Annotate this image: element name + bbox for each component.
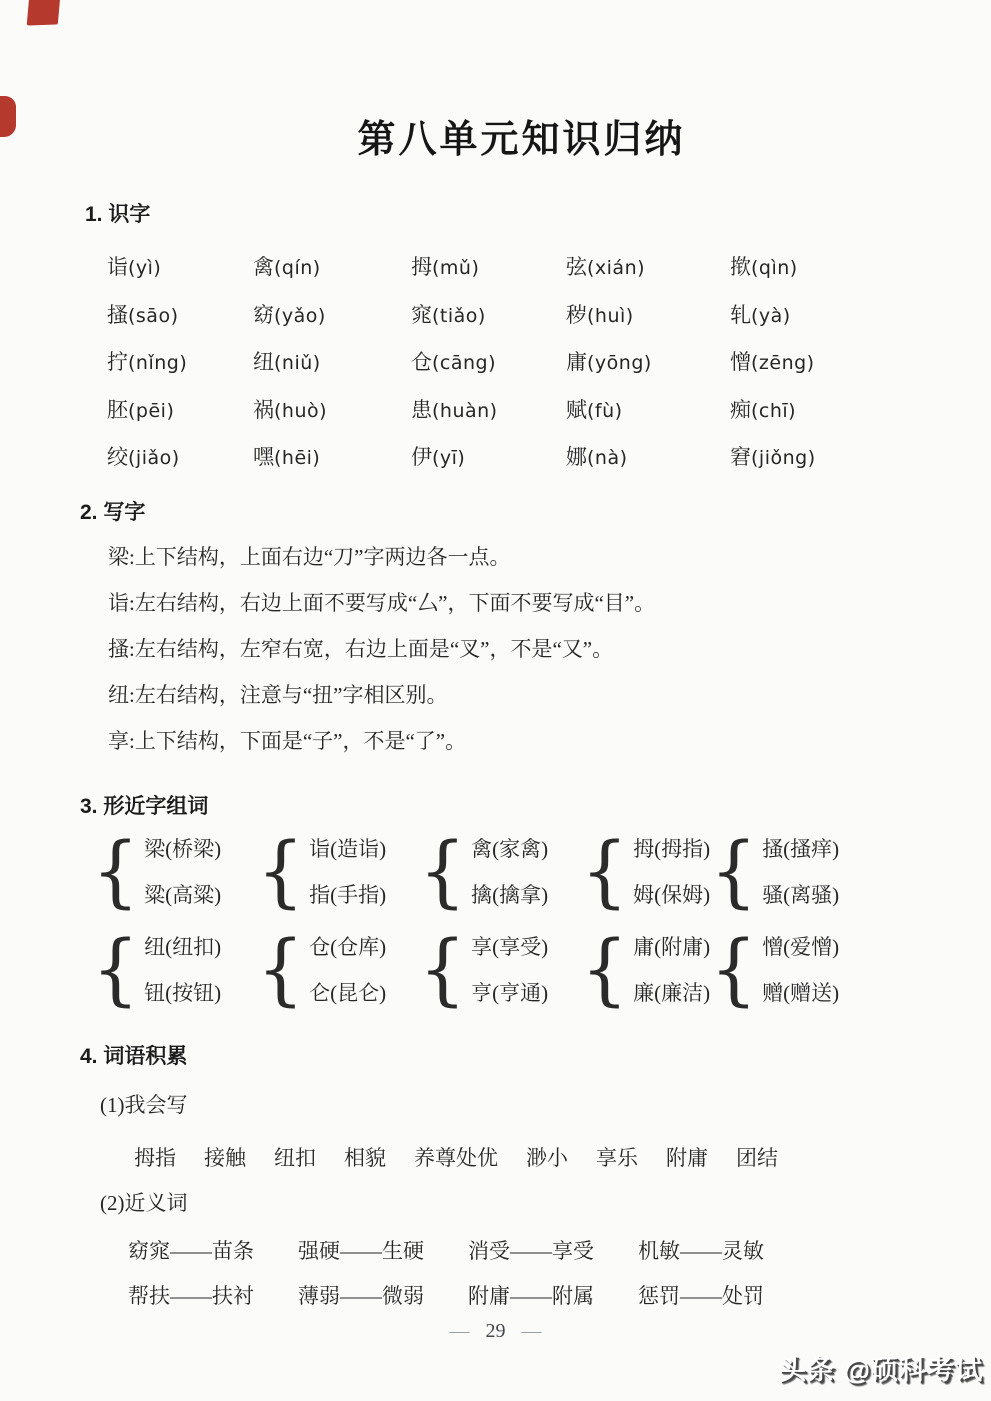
pinyin-text: (yōng): [587, 352, 652, 374]
hanzi-text: 赋: [566, 398, 587, 422]
vocab-word: 渺小: [526, 1142, 568, 1172]
pinyin-text: (niǔ): [274, 352, 321, 374]
hanzi-text: 祸: [253, 398, 274, 422]
hanzi-text: 嘿: [253, 445, 274, 469]
hanzi-text: 窈: [253, 303, 274, 327]
pinyin-text: (cāng): [432, 352, 496, 374]
similar-word-entries: 享(享受) 亨(亨通): [471, 936, 548, 1005]
watermark-text: 头条 @硕科考试: [779, 1348, 983, 1387]
page-number: 29: [486, 1320, 506, 1342]
brace-glyph: {: [581, 838, 628, 908]
similar-words-row-1: { 梁(桥梁) 粱(高粱) { 诣(造诣) 指(手指) { 禽(家禽) 擒(擒拿…: [92, 838, 839, 907]
vocab-word: 附庸: [666, 1142, 708, 1172]
pinyin-text: (hēi): [274, 447, 320, 469]
pinyin-text: (qín): [274, 257, 321, 279]
pinyin-text: (yà): [751, 305, 791, 327]
brace-glyph: {: [92, 936, 139, 1006]
literacy-item: 胚(pēi): [107, 394, 253, 442]
hanzi-text: 秽: [566, 303, 587, 327]
literacy-item: 庸(yōng): [566, 346, 730, 394]
similar-word-top: 仓(仓库): [309, 936, 386, 959]
vocab-sublabel-write: (1)我会写: [100, 1089, 188, 1119]
hanzi-text: 禽: [253, 255, 274, 279]
synonym-pair: 窈窕——苗条: [128, 1235, 254, 1265]
similar-word-entries: 纽(纽扣) 钮(按钮): [144, 936, 221, 1005]
vocab-word: 相貌: [344, 1142, 386, 1172]
writing-notes-list: 梁:上下结构，上面右边“刀”字两边各一点。诣:左右结构，右边上面不要写成“厶”，…: [108, 534, 655, 764]
similar-word-bottom: 赠(赠送): [762, 982, 839, 1005]
vocab-word: 拇指: [134, 1142, 176, 1172]
footer-left-dash: —: [450, 1320, 470, 1342]
literacy-item: 诣(yì): [107, 251, 253, 299]
pinyin-text: (xián): [587, 257, 645, 279]
vocab-word: 纽扣: [274, 1142, 316, 1172]
section-heading-literacy: 1. 识字: [85, 198, 150, 228]
synonym-pair: 消受——享受: [468, 1235, 594, 1265]
brace-glyph: {: [419, 936, 466, 1006]
vocab-word: 接触: [204, 1142, 246, 1172]
literacy-item: 拧(nǐng): [107, 346, 253, 394]
pinyin-text: (huàn): [432, 400, 498, 422]
literacy-item: 绞(jiǎo): [107, 441, 253, 489]
literacy-item: 窕(tiǎo): [411, 299, 566, 347]
similar-word-group: { 搔(搔痒) 骚(离骚): [710, 838, 839, 907]
literacy-item: 仓(cāng): [411, 346, 566, 394]
vocab-word: 团结: [736, 1142, 778, 1172]
hanzi-text: 胚: [107, 398, 128, 422]
brace-glyph: {: [92, 838, 139, 908]
similar-word-group: { 拇(拇指) 姆(保姆): [581, 838, 710, 907]
hanzi-text: 窕: [411, 303, 432, 327]
similar-word-group: { 梁(桥梁) 粱(高粱): [92, 838, 257, 907]
page-title: 第八单元知识归纳: [0, 108, 991, 163]
hanzi-text: 憎: [730, 350, 751, 374]
hanzi-text: 伊: [411, 445, 432, 469]
hanzi-text: 庸: [566, 350, 587, 374]
literacy-grid: 诣(yì)禽(qín)拇(mǔ)弦(xián)揿(qìn)搔(sāo)窈(yǎo…: [107, 251, 917, 489]
synonym-pair: 惩罚——处罚: [638, 1280, 764, 1310]
literacy-item: 轧(yà): [730, 299, 917, 347]
literacy-item: 伊(yī): [411, 441, 566, 489]
literacy-item: 弦(xián): [566, 251, 730, 299]
brace-glyph: {: [710, 936, 757, 1006]
similar-word-entries: 憎(爱憎) 赠(赠送): [762, 936, 839, 1005]
literacy-item: 娜(nà): [566, 441, 730, 489]
hanzi-text: 拧: [107, 350, 128, 374]
similar-word-top: 禽(家禽): [471, 838, 548, 861]
similar-word-group: { 纽(纽扣) 钮(按钮): [92, 936, 257, 1005]
literacy-item: 痴(chī): [730, 394, 917, 442]
synonym-pair: 帮扶——扶衬: [128, 1280, 254, 1310]
similar-word-bottom: 指(手指): [309, 884, 386, 907]
brace-glyph: {: [257, 838, 304, 908]
synonym-pair: 附庸——附属: [468, 1280, 594, 1310]
literacy-item: 赋(fù): [566, 394, 730, 442]
similar-word-group: { 诣(造诣) 指(手指): [257, 838, 419, 907]
similar-word-top: 憎(爱憎): [762, 936, 839, 959]
similar-word-top: 搔(搔痒): [762, 838, 839, 861]
similar-word-top: 享(享受): [471, 936, 548, 959]
similar-word-entries: 诣(造诣) 指(手指): [309, 838, 386, 907]
similar-word-entries: 仓(仓库) 仑(昆仑): [309, 936, 386, 1005]
similar-word-group: { 享(享受) 亨(亨通): [419, 936, 581, 1005]
literacy-item: 憎(zēng): [730, 346, 917, 394]
worksheet-page: 第八单元知识归纳 1. 识字 诣(yì)禽(qín)拇(mǔ)弦(xián)揿(…: [0, 0, 991, 1401]
hanzi-text: 绞: [107, 445, 128, 469]
similar-word-bottom: 骚(离骚): [762, 884, 839, 907]
pinyin-text: (nǐng): [128, 352, 187, 374]
section-heading-similar-words: 3. 形近字组词: [80, 790, 208, 820]
similar-word-entries: 禽(家禽) 擒(擒拿): [471, 838, 548, 907]
pinyin-text: (chī): [751, 400, 796, 422]
similar-word-top: 纽(纽扣): [144, 936, 221, 959]
hanzi-text: 娜: [566, 445, 587, 469]
pinyin-text: (yī): [432, 447, 465, 469]
similar-word-bottom: 亨(亨通): [471, 982, 548, 1005]
brace-glyph: {: [419, 838, 466, 908]
similar-word-entries: 梁(桥梁) 粱(高粱): [144, 838, 221, 907]
similar-word-bottom: 仑(昆仑): [309, 982, 386, 1005]
hanzi-text: 揿: [730, 255, 751, 279]
synonym-pair: 薄弱——微弱: [298, 1280, 424, 1310]
similar-word-bottom: 姆(保姆): [633, 884, 710, 907]
vocab-words-list: 拇指接触纽扣相貌养尊处优渺小享乐附庸团结: [134, 1142, 778, 1172]
hanzi-text: 搔: [107, 303, 128, 327]
hanzi-text: 仓: [411, 350, 432, 374]
literacy-item: 祸(huò): [253, 394, 411, 442]
section-heading-vocab: 4. 词语积累: [80, 1040, 187, 1070]
similar-word-top: 梁(桥梁): [144, 838, 221, 861]
pinyin-text: (nà): [587, 447, 628, 469]
similar-word-entries: 搔(搔痒) 骚(离骚): [762, 838, 839, 907]
red-corner-mark: [27, 0, 61, 26]
hanzi-text: 痴: [730, 398, 751, 422]
pinyin-text: (zēng): [751, 352, 815, 374]
synonyms-row-2: 帮扶——扶衬薄弱——微弱附庸——附属惩罚——处罚: [128, 1280, 764, 1310]
pinyin-text: (jiǎo): [128, 447, 180, 469]
hanzi-text: 患: [411, 398, 432, 422]
writing-note-line: 梁:上下结构，上面右边“刀”字两边各一点。: [108, 534, 655, 580]
literacy-item: 搔(sāo): [107, 299, 253, 347]
literacy-item: 患(huàn): [411, 394, 566, 442]
hanzi-text: 轧: [730, 303, 751, 327]
hanzi-text: 诣: [107, 255, 128, 279]
literacy-item: 窘(jiǒng): [730, 441, 917, 489]
hanzi-text: 纽: [253, 350, 274, 374]
similar-word-group: { 禽(家禽) 擒(擒拿): [419, 838, 581, 907]
page-footer: —29—: [0, 1320, 991, 1343]
similar-word-top: 诣(造诣): [309, 838, 386, 861]
pinyin-text: (fù): [587, 400, 623, 422]
similar-word-top: 庸(附庸): [633, 936, 710, 959]
literacy-item: 嘿(hēi): [253, 441, 411, 489]
literacy-item: 秽(huì): [566, 299, 730, 347]
pinyin-text: (pēi): [128, 400, 174, 422]
writing-note-line: 搔:左右结构，左窄右宽，右边上面是“叉”，不是“又”。: [108, 626, 655, 672]
writing-note-line: 诣:左右结构，右边上面不要写成“厶”，下面不要写成“目”。: [108, 580, 655, 626]
literacy-item: 拇(mǔ): [411, 251, 566, 299]
hanzi-text: 弦: [566, 255, 587, 279]
pinyin-text: (yǎo): [274, 305, 326, 327]
brace-glyph: {: [710, 838, 757, 908]
literacy-item: 纽(niǔ): [253, 346, 411, 394]
pinyin-text: (huì): [587, 305, 634, 327]
footer-right-dash: —: [522, 1320, 542, 1342]
similar-word-bottom: 粱(高粱): [144, 884, 221, 907]
similar-word-bottom: 钮(按钮): [144, 982, 221, 1005]
writing-note-line: 享:上下结构，下面是“子”，不是“了”。: [108, 718, 655, 764]
literacy-item: 窈(yǎo): [253, 299, 411, 347]
hanzi-text: 拇: [411, 255, 432, 279]
synonym-pair: 机敏——灵敏: [638, 1235, 764, 1265]
pinyin-text: (huò): [274, 400, 327, 422]
pinyin-text: (qìn): [751, 257, 798, 279]
synonyms-row-1: 窈窕——苗条强硬——生硬消受——享受机敏——灵敏: [128, 1235, 764, 1265]
similar-word-entries: 拇(拇指) 姆(保姆): [633, 838, 710, 907]
pinyin-text: (jiǒng): [751, 447, 816, 469]
vocab-sublabel-synonyms: (2)近义词: [100, 1187, 188, 1217]
pinyin-text: (sāo): [128, 305, 179, 327]
literacy-item: 揿(qìn): [730, 251, 917, 299]
similar-word-top: 拇(拇指): [633, 838, 710, 861]
brace-glyph: {: [581, 936, 628, 1006]
similar-word-entries: 庸(附庸) 廉(廉洁): [633, 936, 710, 1005]
vocab-word: 享乐: [596, 1142, 638, 1172]
similar-word-group: { 庸(附庸) 廉(廉洁): [581, 936, 710, 1005]
similar-word-group: { 憎(爱憎) 赠(赠送): [710, 936, 839, 1005]
similar-word-bottom: 擒(擒拿): [471, 884, 548, 907]
similar-words-row-2: { 纽(纽扣) 钮(按钮) { 仓(仓库) 仑(昆仑) { 享(享受) 亨(亨通…: [92, 936, 839, 1005]
pinyin-text: (mǔ): [432, 257, 479, 279]
hanzi-text: 窘: [730, 445, 751, 469]
section-heading-writing: 2. 写字: [80, 496, 145, 526]
similar-word-group: { 仓(仓库) 仑(昆仑): [257, 936, 419, 1005]
similar-word-bottom: 廉(廉洁): [633, 982, 710, 1005]
vocab-word: 养尊处优: [414, 1142, 498, 1172]
brace-glyph: {: [257, 936, 304, 1006]
literacy-item: 禽(qín): [253, 251, 411, 299]
pinyin-text: (tiǎo): [432, 305, 486, 327]
pinyin-text: (yì): [128, 257, 161, 279]
writing-note-line: 纽:左右结构，注意与“扭”字相区别。: [108, 672, 655, 718]
synonym-pair: 强硬——生硬: [298, 1235, 424, 1265]
